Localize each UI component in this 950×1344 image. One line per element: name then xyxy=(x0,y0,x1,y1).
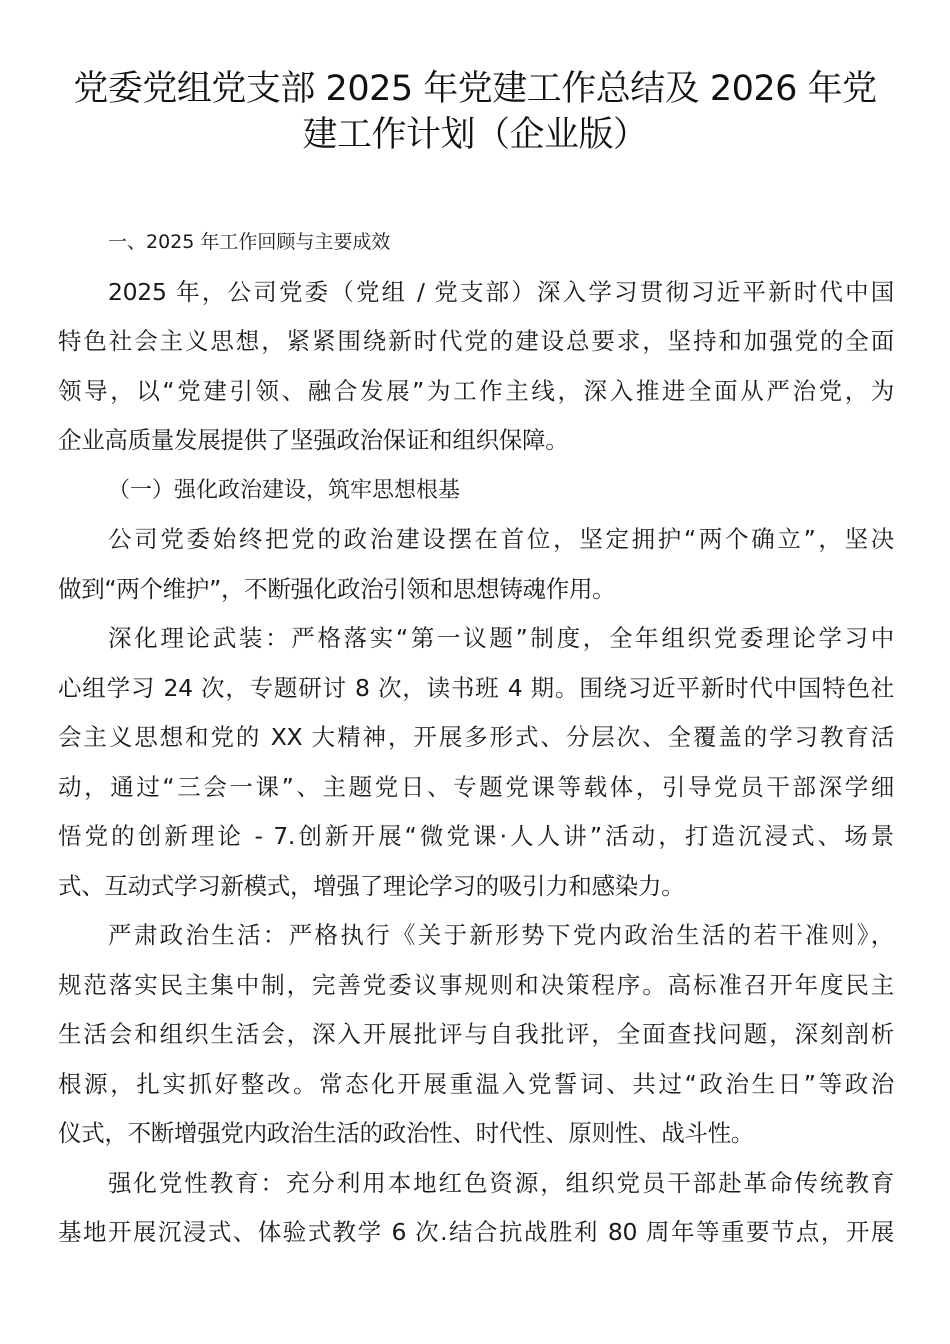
paragraph-line: 特色社会主义思想，紧紧围绕新时代党的建设总要求，坚持和加强党的全面 xyxy=(58,317,894,367)
paragraph-line: 生活会和组织生活会，深入开展批评与自我批评，全面查找问题，深刻剖析 xyxy=(58,1010,894,1060)
paragraph-line: 会主义思想和党的 XX 大精神，开展多形式、分层次、全覆盖的学习教育活 xyxy=(58,713,894,763)
paragraph-line: 企业高质量发展提供了坚强政治保证和组织保障。 xyxy=(58,416,894,466)
document-page: 党委党组党支部 2025 年党建工作总结及 2026 年党 建工作计划（企业版）… xyxy=(0,0,950,1344)
paragraph-line: 公司党委始终把党的政治建设摆在首位，坚定拥护“两个确立”，坚决 xyxy=(58,515,894,565)
paragraph-line: 心组学习 24 次，专题研讨 8 次，读书班 4 期。围绕习近平新时代中国特色社 xyxy=(58,664,894,714)
paragraph-line: 深化理论武装：严格落实“第一议题”制度，全年组织党委理论学习中 xyxy=(58,614,894,664)
paragraph-line: 严肃政治生活：严格执行《关于新形势下党内政治生活的若干准则》， xyxy=(58,911,894,961)
paragraph-line: 规范落实民主集中制，完善党委议事规则和决策程序。高标准召开年度民主 xyxy=(58,961,894,1011)
title-line-1: 党委党组党支部 2025 年党建工作总结及 2026 年党 xyxy=(50,66,900,112)
document-body: 一、2025 年工作回顾与主要成效 2025 年，公司党委（党组 / 党支部）深… xyxy=(58,218,894,1258)
theory-study-paragraph: 深化理论武装：严格落实“第一议题”制度，全年组织党委理论学习中 心组学习 24 … xyxy=(58,614,894,911)
paragraph-line: 悟党的创新理论 - 7.创新开展“微党课·人人讲”活动，打造沉浸式、场景 xyxy=(58,812,894,862)
party-education-paragraph: 强化党性教育：充分利用本地红色资源，组织党员干部赴革命传统教育 基地开展沉浸式、… xyxy=(58,1159,894,1258)
paragraph-line: 领导，以“党建引领、融合发展”为工作主线，深入推进全面从严治党，为 xyxy=(58,367,894,417)
paragraph-line: 动，通过“三会一课”、主题党日、专题党课等载体，引导党员干部深学细 xyxy=(58,763,894,813)
section-heading-review: 一、2025 年工作回顾与主要成效 xyxy=(58,218,894,268)
paragraph-line: 基地开展沉浸式、体验式教学 6 次.结合抗战胜利 80 周年等重要节点，开展 xyxy=(58,1208,894,1258)
paragraph-line: 强化党性教育：充分利用本地红色资源，组织党员干部赴革命传统教育 xyxy=(58,1159,894,1209)
paragraph-line: 做到“两个维护”，不断强化政治引领和思想铸魂作用。 xyxy=(58,565,894,615)
paragraph-line: 2025 年，公司党委（党组 / 党支部）深入学习贯彻习近平新时代中国 xyxy=(58,268,894,318)
intro-paragraph: 2025 年，公司党委（党组 / 党支部）深入学习贯彻习近平新时代中国 特色社会… xyxy=(58,268,894,466)
paragraph-line: 仪式，不断增强党内政治生活的政治性、时代性、原则性、战斗性。 xyxy=(58,1109,894,1159)
title-line-2: 建工作计划（企业版） xyxy=(50,112,900,158)
subsection-intro-paragraph: 公司党委始终把党的政治建设摆在首位，坚定拥护“两个确立”，坚决 做到“两个维护”… xyxy=(58,515,894,614)
subsection-heading-political-building: （一）强化政治建设，筑牢思想根基 xyxy=(58,466,894,516)
political-life-paragraph: 严肃政治生活：严格执行《关于新形势下党内政治生活的若干准则》， 规范落实民主集中… xyxy=(58,911,894,1159)
document-title: 党委党组党支部 2025 年党建工作总结及 2026 年党 建工作计划（企业版） xyxy=(50,66,900,158)
paragraph-line: 根源，扎实抓好整改。常态化开展重温入党誓词、共过“政治生日”等政治 xyxy=(58,1060,894,1110)
paragraph-line: 式、互动式学习新模式，增强了理论学习的吸引力和感染力。 xyxy=(58,862,894,912)
